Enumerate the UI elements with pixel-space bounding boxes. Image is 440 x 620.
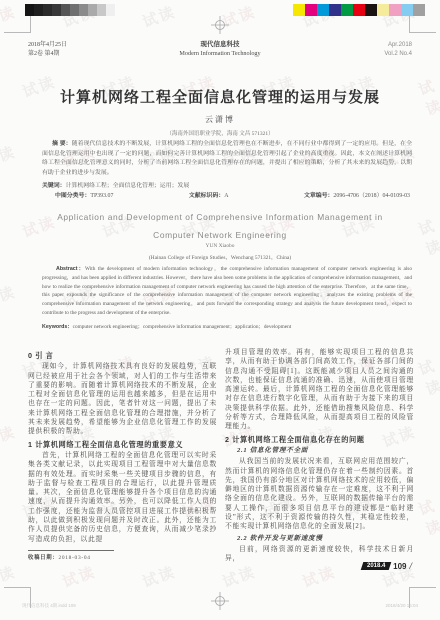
header-date-cn: 2018年4月25日 (28, 41, 118, 50)
journal-name-en: Modern Information Technology (179, 50, 260, 59)
calibration-swatch (25, 4, 34, 16)
print-mark-left: 现代信息科技 4期.indd 109 (22, 603, 76, 609)
body-paragraph: 现如今，计算机网络技术具有良好的发展趋势，互联网已经被应用于社会各个领域，对人们… (28, 362, 217, 436)
abstract-label-en: Abstract： (56, 266, 85, 272)
page-number-slash: / (409, 561, 412, 571)
keywords-label-en: Keywords： (42, 324, 73, 330)
received-date-label: 收稿日期： (28, 555, 58, 561)
calibration-swatch (353, 4, 365, 16)
calibration-swatch (88, 4, 97, 16)
calibration-swatch (329, 4, 341, 16)
journal-name: 现代信息科技 Modern Information Technology (179, 41, 260, 58)
abstract-cn: 摘 要：随着现代信息技术的不断发展，计算机网络工程的全面信息化管理也在不断进步，… (42, 140, 412, 178)
body-columns: 0 引 言 现如今，计算机网络技术具有良好的发展趋势，互联网已经被应用于社会各个… (28, 348, 414, 565)
document-code: 文献标识码：A (189, 190, 229, 199)
abstract-en: Abstract：With the development of modern … (42, 265, 412, 318)
body-paragraph: 升项目管理的效率。再有，能够实现项目工程的信息共享，从而有助于协调各部门间高效工… (225, 348, 414, 432)
watermark-text: 试读 (0, 281, 19, 312)
watermark-text: 试读 (219, 561, 258, 592)
section-heading-2: 2 计算机网络工程全面信息化存在的问题 (225, 435, 414, 444)
abstract-text-en: With the development of modern informati… (42, 266, 412, 316)
page-footer: 2018.4 109 / (362, 561, 412, 571)
print-mark-right: 2018/4/20 16:04 (385, 603, 418, 608)
classification-row: 中图分类号：TP393.07 文献标识码：A 文章编号：2096-4706（20… (55, 190, 410, 199)
calibration-swatch (377, 4, 389, 16)
journal-page-scan: 试读试读试读试读试读试读试读试读试读试读试读试读试读试读试读试读试读试读试读试读… (0, 0, 440, 620)
footnote-rule (28, 550, 114, 551)
calibration-swatch (52, 4, 61, 16)
color-calibration-bar (293, 4, 425, 16)
calibration-swatch (34, 4, 43, 16)
calibration-swatch (293, 4, 305, 16)
article-id: 文章编号：2096-4706（2018）04-0109-03 (304, 190, 410, 199)
page-number: 109 (393, 562, 406, 571)
calibration-swatch (43, 4, 52, 16)
article-author-en: YUN Xiaobo (0, 243, 440, 249)
calibration-swatch (79, 4, 88, 16)
body-column-right: 升项目管理的效率。再有，能够实现项目工程的信息共享，从而有助于协调各部门间高效工… (225, 348, 414, 565)
calibration-swatch (413, 4, 425, 16)
calibration-swatch (365, 4, 377, 16)
body-paragraph: 首先，计算机网络工程的全面信息化管理可以实时采集各类文献记录，以此实现项目工程管… (28, 451, 217, 544)
received-date-footnote: 收稿日期：2018-03-04 (28, 550, 217, 563)
header-issue-info-en: Apr.2018 Vol.2 No.4 (322, 41, 412, 58)
watermark-text: 试读 (299, 561, 338, 592)
doc-code-value: A (224, 193, 228, 199)
body-paragraph: 从我国当前的发展状况来看，互联网应用范围较广，然而计算机的网络信息化管理仍存在着… (225, 457, 414, 531)
journal-header: 2018年4月25日 第2卷 第4期 现代信息科技 Modern Informa… (28, 41, 412, 58)
watermark-text: 试读 (59, 561, 98, 592)
registration-target-icon (211, 592, 229, 610)
registration-target-icon (211, 16, 229, 34)
abstract-label-cn: 摘 要： (52, 141, 72, 147)
article-title-en: Application and Development of Comprehen… (0, 208, 440, 244)
calibration-swatch (389, 4, 401, 16)
calibration-swatch (341, 4, 353, 16)
body-column-left: 0 引 言 现如今，计算机网络技术具有良好的发展趋势，互联网已经被应用于社会各个… (28, 348, 217, 565)
watermark-text: 试读 (415, 354, 440, 400)
article-author-cn: 云潇博 (0, 114, 440, 125)
calibration-swatch (97, 4, 106, 16)
header-issue-info-cn: 2018年4月25日 第2卷 第4期 (28, 41, 118, 58)
keywords-text-cn: 计算机网络工程；全面信息化管理；运用；发展 (66, 183, 190, 189)
issue-badge: 2018.4 (360, 562, 391, 570)
journal-name-cn: 现代信息科技 (179, 41, 260, 50)
title-en-line2: Computer Network Engineering (0, 226, 440, 244)
watermark-text: 试读 (139, 561, 178, 592)
clc-label: 中图分类号： (55, 193, 90, 199)
section-heading-1: 1 计算机网络工程全面信息化管理的重要意义 (28, 440, 217, 449)
article-affiliation-cn: （海南外国语职业学院，海南 文昌 571321） (0, 129, 440, 137)
doc-code-label: 文献标识码： (189, 193, 224, 199)
issue-badge-text: 2018.4 (367, 563, 385, 569)
calibration-swatch (70, 4, 79, 16)
subsection-heading-2-1: 2.1 信息化管理不全面 (225, 446, 414, 455)
article-title-cn: 计算机网络工程全面信息化管理的运用与发展 (0, 86, 440, 107)
header-volume-cn: 第2卷 第4期 (28, 50, 118, 59)
clc-value: TP393.07 (90, 193, 113, 199)
watermark-text: 试读 (0, 421, 19, 452)
clc-number: 中图分类号：TP393.07 (55, 190, 113, 199)
calibration-swatch (106, 4, 115, 16)
watermark-text: 试读 (415, 494, 440, 540)
calibration-swatch (305, 4, 317, 16)
abstract-text-cn: 随着现代信息技术的不断发展，计算机网络工程的全面信息化管理也在不断进步，在不同行… (42, 141, 412, 176)
article-id-value: 2096-4706（2018）04-0109-03 (333, 193, 410, 199)
keywords-en: Keywords：computer network engineering；co… (42, 322, 412, 330)
keywords-label-cn: 关键词： (42, 183, 66, 189)
watermark-text: 试读 (139, 1, 178, 32)
section-heading-0: 0 引 言 (28, 351, 217, 360)
keywords-cn: 关键词：计算机网络工程；全面信息化管理；运用；发展 (42, 180, 412, 189)
grayscale-calibration-bar (25, 4, 115, 16)
received-date-value: 2018-03-04 (58, 555, 90, 561)
calibration-swatch (317, 4, 329, 16)
article-id-label: 文章编号： (304, 193, 333, 199)
header-date-en: Apr.2018 (322, 41, 412, 50)
title-en-line1: Application and Development of Comprehen… (0, 208, 440, 226)
subsection-heading-2-2: 2.2 软件开发与更新速度慢 (225, 534, 414, 543)
calibration-swatch (61, 4, 70, 16)
calibration-swatch (401, 4, 413, 16)
article-affiliation-en: (Hainan College of Foreign Studies，Wench… (0, 253, 440, 261)
keywords-text-en: computer network engineering；comprehensi… (73, 324, 292, 330)
header-volume-en: Vol.2 No.4 (322, 50, 412, 59)
watermark-text: 试读 (0, 141, 19, 172)
